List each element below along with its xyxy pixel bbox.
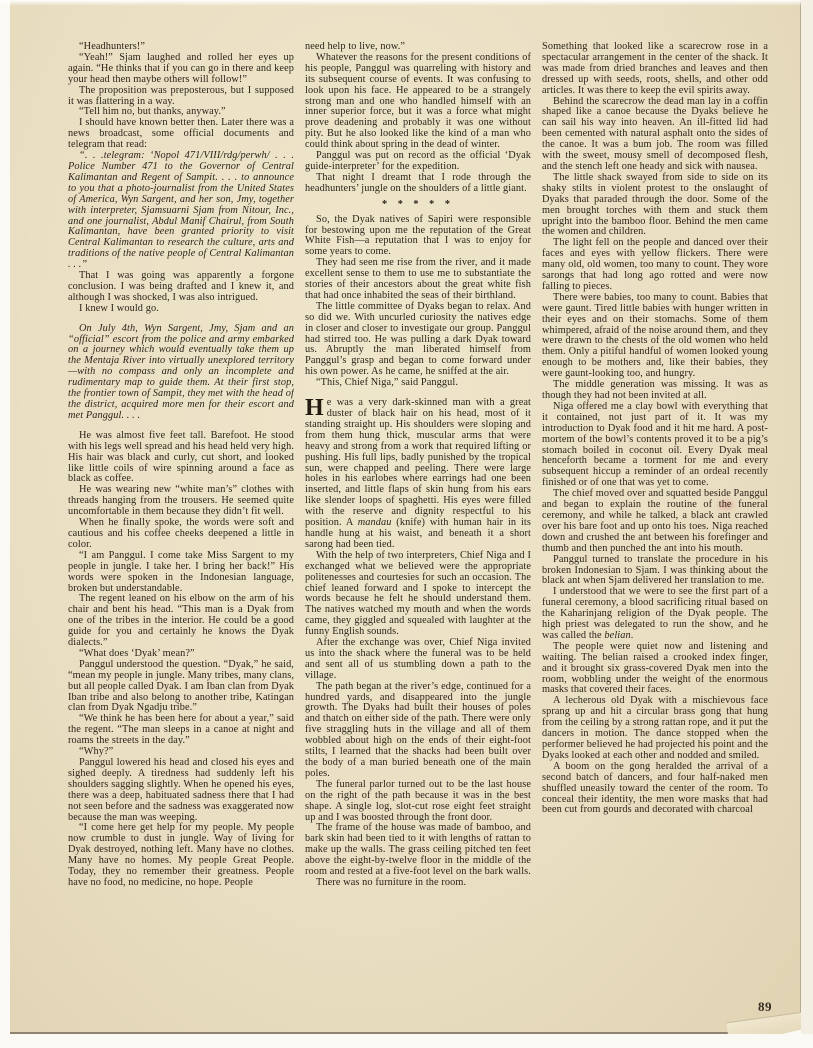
paragraph: On July 4th, Wyn Sargent, Jmy, Sjam and … xyxy=(68,324,294,422)
page-number: 89 xyxy=(748,999,782,1015)
paragraph: There were babies, too many to count. Ba… xyxy=(542,293,768,380)
paragraph: Panggul was put on record as the officia… xyxy=(305,151,531,173)
paragraph: A boom on the gong heralded the arrival … xyxy=(542,762,768,817)
paragraph: The little committee of Dyaks began to r… xyxy=(305,302,531,378)
paragraph: Behind the scarecrow the dead man lay in… xyxy=(542,97,768,173)
paragraph: There was no furniture in the room. xyxy=(305,878,531,889)
paragraph: “I am Panggul. I come take Miss Sargent … xyxy=(68,551,294,595)
paragraph: Panggul turned to translate the procedur… xyxy=(542,555,768,588)
text-column-3: Something that looked like a scarecrow r… xyxy=(542,42,768,1022)
paragraph: The light fell on the people and danced … xyxy=(542,238,768,293)
paragraph: Whatever the reasons for the present con… xyxy=(305,53,531,151)
paragraph: “. . .telegram: ‘Nopol 471/VIII/rdg/perw… xyxy=(68,151,294,271)
paragraph: He was almost five feet tall. Barefoot. … xyxy=(68,431,294,486)
paragraph: The funeral parlor turned out to be the … xyxy=(305,780,531,824)
paragraph: They had seen me rise from the river, an… xyxy=(305,258,531,302)
paragraph: A lecherous old Dyak with a mischievous … xyxy=(542,696,768,761)
paragraph: I understood that we were to see the fir… xyxy=(542,587,768,642)
paragraph: Something that looked like a scarecrow r… xyxy=(542,42,768,97)
paragraph: “This, Chief Niga,” said Panggul. xyxy=(305,378,531,389)
paragraph: He was a very dark-skinned man with a gr… xyxy=(305,398,531,551)
paragraph: The frame of the house was made of bambo… xyxy=(305,823,531,878)
scanned-book-page: { "page": { "number": "89" }, "columns":… xyxy=(0,0,813,1048)
paragraph: The regent leaned on his elbow on the ar… xyxy=(68,594,294,649)
paragraph: Panggul understood the question. “Dyak,”… xyxy=(68,660,294,715)
paragraph: That night I dreamt that I rode through … xyxy=(305,173,531,195)
text-column-2: need help to live, now.”Whatever the rea… xyxy=(305,42,531,1022)
paragraph: * * * * * xyxy=(305,200,531,211)
paragraph: The chief moved over and squatted beside… xyxy=(542,489,768,554)
paragraph: With the help of two interpreters, Chief… xyxy=(305,551,531,638)
paragraph: Panggul lowered his head and closed his … xyxy=(68,758,294,823)
paragraph: The path began at the river’s edge, cont… xyxy=(305,682,531,780)
paragraph: When he finally spoke, the words were so… xyxy=(68,518,294,551)
drop-cap: H xyxy=(305,399,324,418)
paragraph: So, the Dyak natives of Sapiri were resp… xyxy=(305,215,531,259)
paragraph: The little shack swayed from side to sid… xyxy=(542,173,768,238)
paragraph: The middle generation was missing. It wa… xyxy=(542,380,768,402)
paragraph: “Yeah!” Sjam laughed and rolled her eyes… xyxy=(68,53,294,86)
scan-edge-top xyxy=(0,0,813,6)
text-column-1: “Headhunters!”“Yeah!” Sjam laughed and r… xyxy=(68,42,294,1022)
paragraph: That I was going was apparently a forgon… xyxy=(68,271,294,304)
book-page: “Headhunters!”“Yeah!” Sjam laughed and r… xyxy=(10,0,801,1034)
paragraph: Niga offered me a clay bowl with everyth… xyxy=(542,402,768,489)
paragraph: The people were quiet now and listening … xyxy=(542,642,768,697)
paragraph: “We think he has been here for about a y… xyxy=(68,714,294,747)
scan-edge-bottom xyxy=(0,1034,813,1048)
paragraph: After the exchange was over, Chief Niga … xyxy=(305,638,531,682)
paragraph: I should have known better then. Later t… xyxy=(68,118,294,151)
paragraph: The proposition was preposterous, but I … xyxy=(68,86,294,108)
paragraph: I knew I would go. xyxy=(68,304,294,315)
paragraph: He was wearing new “white man’s” clothes… xyxy=(68,485,294,518)
scan-edge-right xyxy=(801,0,813,1048)
paragraph: “I come here get help for my people. My … xyxy=(68,823,294,888)
text-columns: “Headhunters!”“Yeah!” Sjam laughed and r… xyxy=(68,42,768,1022)
scan-edge-left xyxy=(0,0,10,1048)
